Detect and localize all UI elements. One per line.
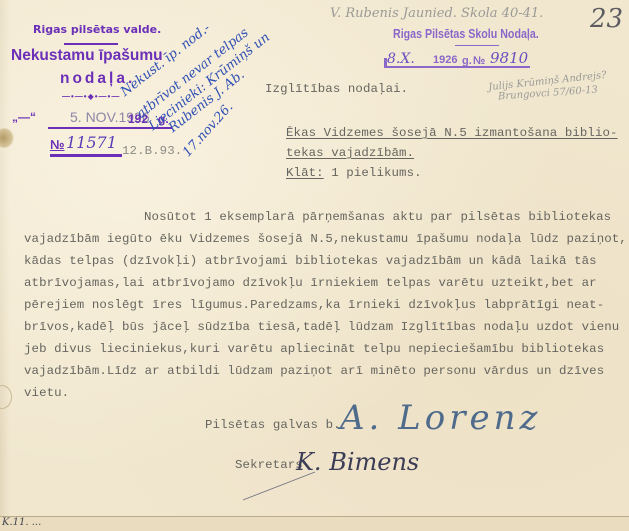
- receiver-stamp-underline: [384, 66, 530, 68]
- sender-stamp-org: Rigas pilsētas valde.: [33, 23, 161, 36]
- divider: [455, 45, 499, 46]
- divider: [64, 43, 118, 45]
- stain-mark: [0, 128, 14, 148]
- enclosure-value: 1 pielikums.: [331, 166, 421, 180]
- typed-reference: 12.B.93.: [122, 144, 182, 158]
- signature-stroke: [240, 470, 320, 502]
- number-underline: [50, 154, 122, 157]
- sender-stamp-dept: Nekustamu īpašumu: [11, 47, 163, 65]
- mayor-label: Pilsētas galvas b.: [205, 418, 341, 432]
- mayor-signature: A. Lorenz: [340, 398, 541, 438]
- body-line: kādas telpas (dzīvokļi) atbrīvojami bibl…: [24, 254, 597, 268]
- body-line: pērejiem noslēgt īres līgumus.Paredzams,…: [24, 298, 604, 312]
- next-page-text: K.11. ...: [2, 517, 41, 528]
- next-page-edge: K.11. ...: [0, 516, 629, 531]
- top-pencil-note: V. Rubenis Jaunied. Skola 40-41.: [330, 6, 543, 21]
- date-quote-prefix: „—“: [12, 110, 36, 124]
- receiver-stamp-org: Rigas Pilsētas Skolu Nodaļa.: [393, 26, 539, 41]
- body-line: Nosūtot 1 eksemplarā pārņemšanas aktu pa…: [144, 210, 611, 224]
- binding-hole: [0, 385, 12, 409]
- receiver-number: 9810: [490, 49, 528, 67]
- stamp-edge: [384, 58, 387, 67]
- body-line: vajadzībām iegūto ēku Vidzemes šosejā N.…: [24, 232, 627, 246]
- body-line: jeb divus lieciniekus,kuri varētu apliec…: [24, 342, 604, 356]
- body-line: vajadzībām.Līdz ar atbildi lūdzam paziņo…: [24, 364, 604, 378]
- addressee: Izglītības nodaļai.: [265, 82, 408, 96]
- number-value: 11571: [66, 133, 117, 152]
- receiver-year: 1926: [433, 54, 457, 66]
- ornament-divider: —•—•◆•—•—: [62, 92, 120, 101]
- receiver-date: 8.X.: [387, 51, 415, 67]
- subject-line: tekas vajadzībām.: [286, 146, 414, 160]
- number-label: №: [50, 137, 65, 152]
- page-number: 23: [590, 4, 623, 34]
- enclosure: Klāt: 1 pielikums.: [286, 166, 422, 180]
- body-line: atbrīvojamas,lai atbrīvojamo dzīvokļu īr…: [24, 276, 597, 290]
- body-line: vietu.: [24, 386, 69, 400]
- subject-line: Ēkas Vidzemes šosejā N.5 izmantošana bib…: [286, 126, 618, 140]
- body-line: brīvos,kadēļ būs jāceļ sūdzība tiesā,tad…: [24, 320, 619, 334]
- enclosure-label: Klāt:: [286, 166, 324, 180]
